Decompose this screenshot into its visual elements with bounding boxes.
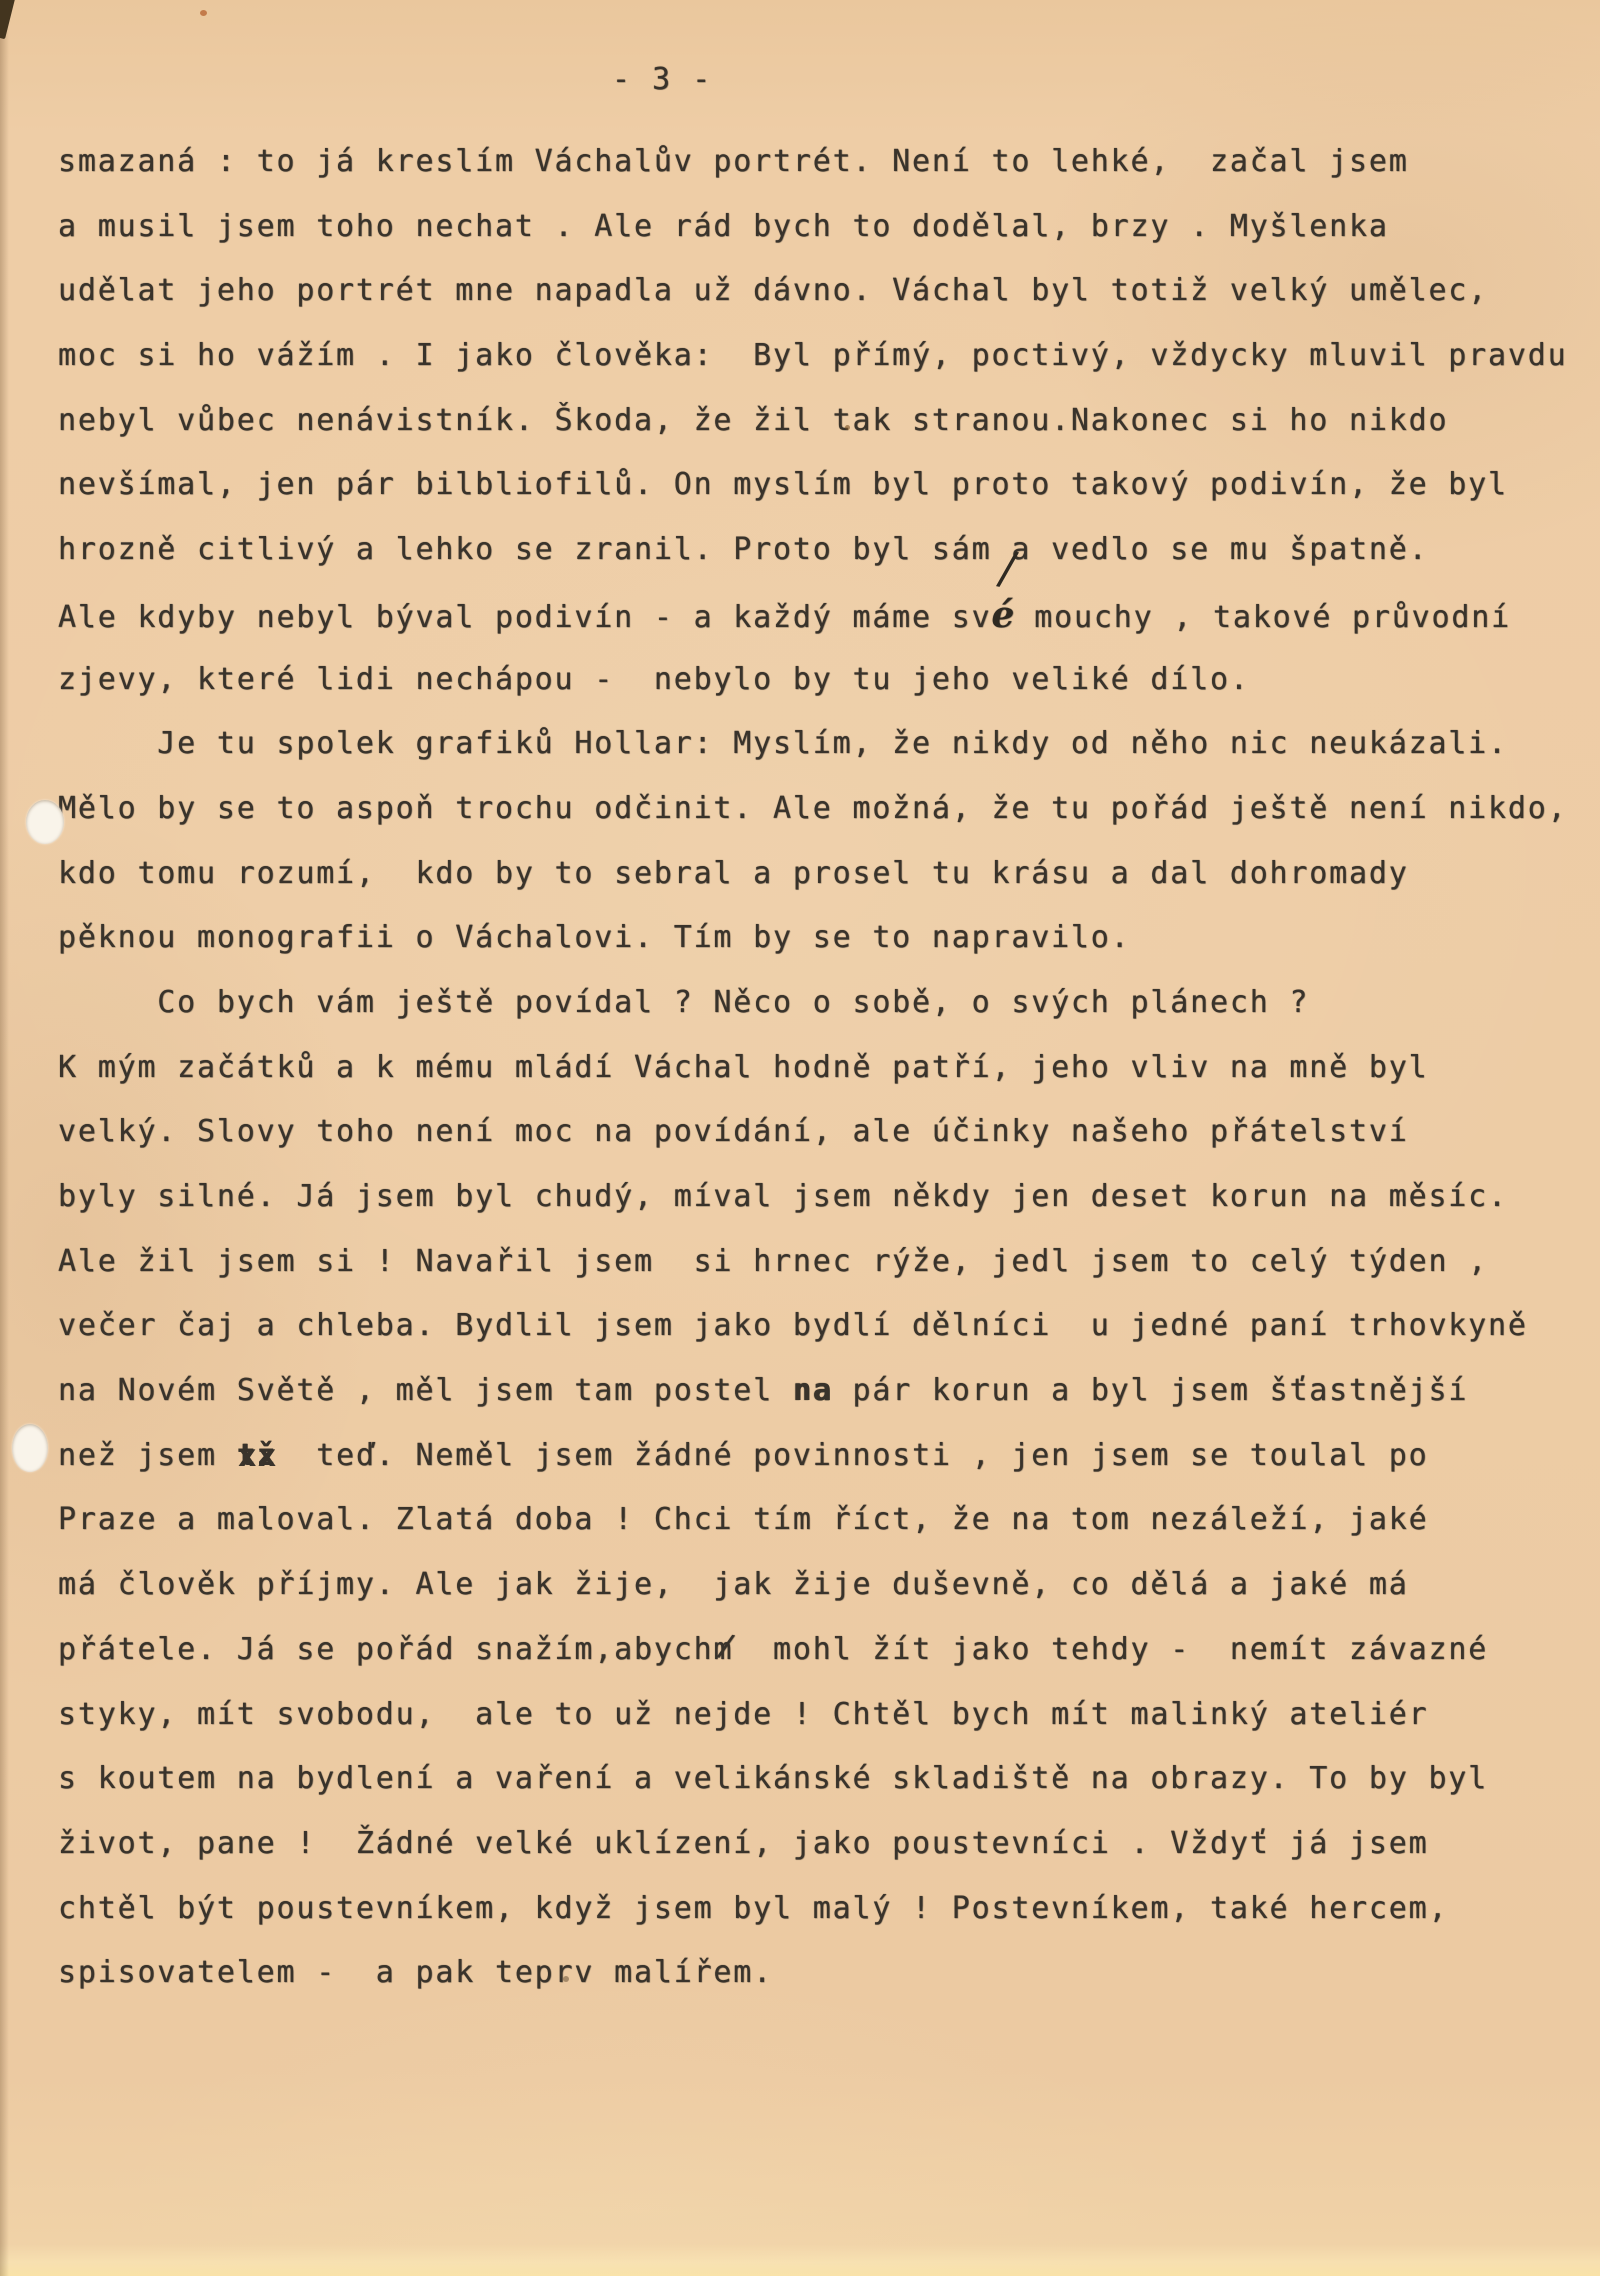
typed-line: K mým začátků a k mému mládí Váchal hodn…: [58, 1049, 1600, 1114]
typed-line: a musil jsem toho nechat . Ale rád bych …: [58, 208, 1600, 273]
hole-punch-top: [26, 800, 64, 844]
typed-line: Ale žil jsem si ! Navařil jsem si hrnec …: [58, 1243, 1600, 1308]
paper-edge-mark: [0, 0, 17, 39]
document-page: - 3 - smazaná : to já kreslím Váchalův p…: [0, 0, 1600, 2276]
typed-line: na Novém Světě , měl jsem tam postel na …: [58, 1372, 1600, 1437]
typed-line: velký. Slovy toho není moc na povídání, …: [58, 1113, 1600, 1178]
typed-line: než jsem tž teď. Neměl jsem žádné povinn…: [58, 1437, 1600, 1502]
typed-line: pěknou monografii o Váchalovi. Tím by se…: [58, 919, 1600, 984]
paper-speck: [563, 1976, 569, 1982]
typed-line: zjevy, které lidi nechápou - nebylo by t…: [58, 661, 1600, 726]
typed-line: styky, mít svobodu, ale to už nejde ! Ch…: [58, 1696, 1600, 1761]
typed-line: moc si ho vážím . I jako člověka: Byl př…: [58, 337, 1600, 402]
typed-line: má člověk příjmy. Ale jak žije, jak žije…: [58, 1566, 1600, 1631]
typed-line: udělat jeho portrét mne napadla už dávno…: [58, 272, 1600, 337]
typed-line: s koutem na bydlení a vaření a velikánsk…: [58, 1760, 1600, 1825]
typed-line: Ale kdyby nebyl býval podivín - a každý …: [58, 596, 1600, 661]
typed-line: byly silné. Já jsem byl chudý, míval jse…: [58, 1178, 1600, 1243]
typed-line: hrozně citlivý a lehko se zranil. Proto …: [58, 531, 1600, 596]
page-number: - 3 -: [612, 62, 712, 97]
hole-punch-bottom: [12, 1424, 48, 1472]
typed-line: život, pane ! Žádné velké uklízení, jako…: [58, 1825, 1600, 1890]
typed-line: večer čaj a chleba. Bydlil jsem jako byd…: [58, 1307, 1600, 1372]
typed-line: spisovatelem - a pak teprv malířem.: [58, 1954, 1600, 2019]
typed-lines: smazaná : to já kreslím Váchalův portrét…: [58, 143, 1600, 2019]
typed-line: nevšímal, jen pár bilbliofilů. On myslím…: [58, 466, 1600, 531]
typed-line: chtěl být poustevníkem, když jsem byl ma…: [58, 1890, 1600, 1955]
typed-line: Mělo by se to aspoň trochu odčinit. Ale …: [58, 790, 1600, 855]
paper-speck: [845, 425, 850, 430]
typed-line: Praze a maloval. Zlatá doba ! Chci tím ř…: [58, 1501, 1600, 1566]
typed-line: přátele. Já se pořád snažím,abychm mohl …: [58, 1631, 1600, 1696]
typed-line: kdo tomu rozumí, kdo by to sebral a pros…: [58, 855, 1600, 920]
typed-line: nebyl vůbec nenávistník. Škoda, že žil t…: [58, 402, 1600, 467]
typed-line: Co bych vám ještě povídal ? Něco o sobě,…: [58, 984, 1600, 1049]
typed-line: Je tu spolek grafiků Hollar: Myslím, že …: [58, 725, 1600, 790]
typed-line: smazaná : to já kreslím Váchalův portrét…: [58, 143, 1600, 208]
paper-speck: [200, 10, 207, 16]
